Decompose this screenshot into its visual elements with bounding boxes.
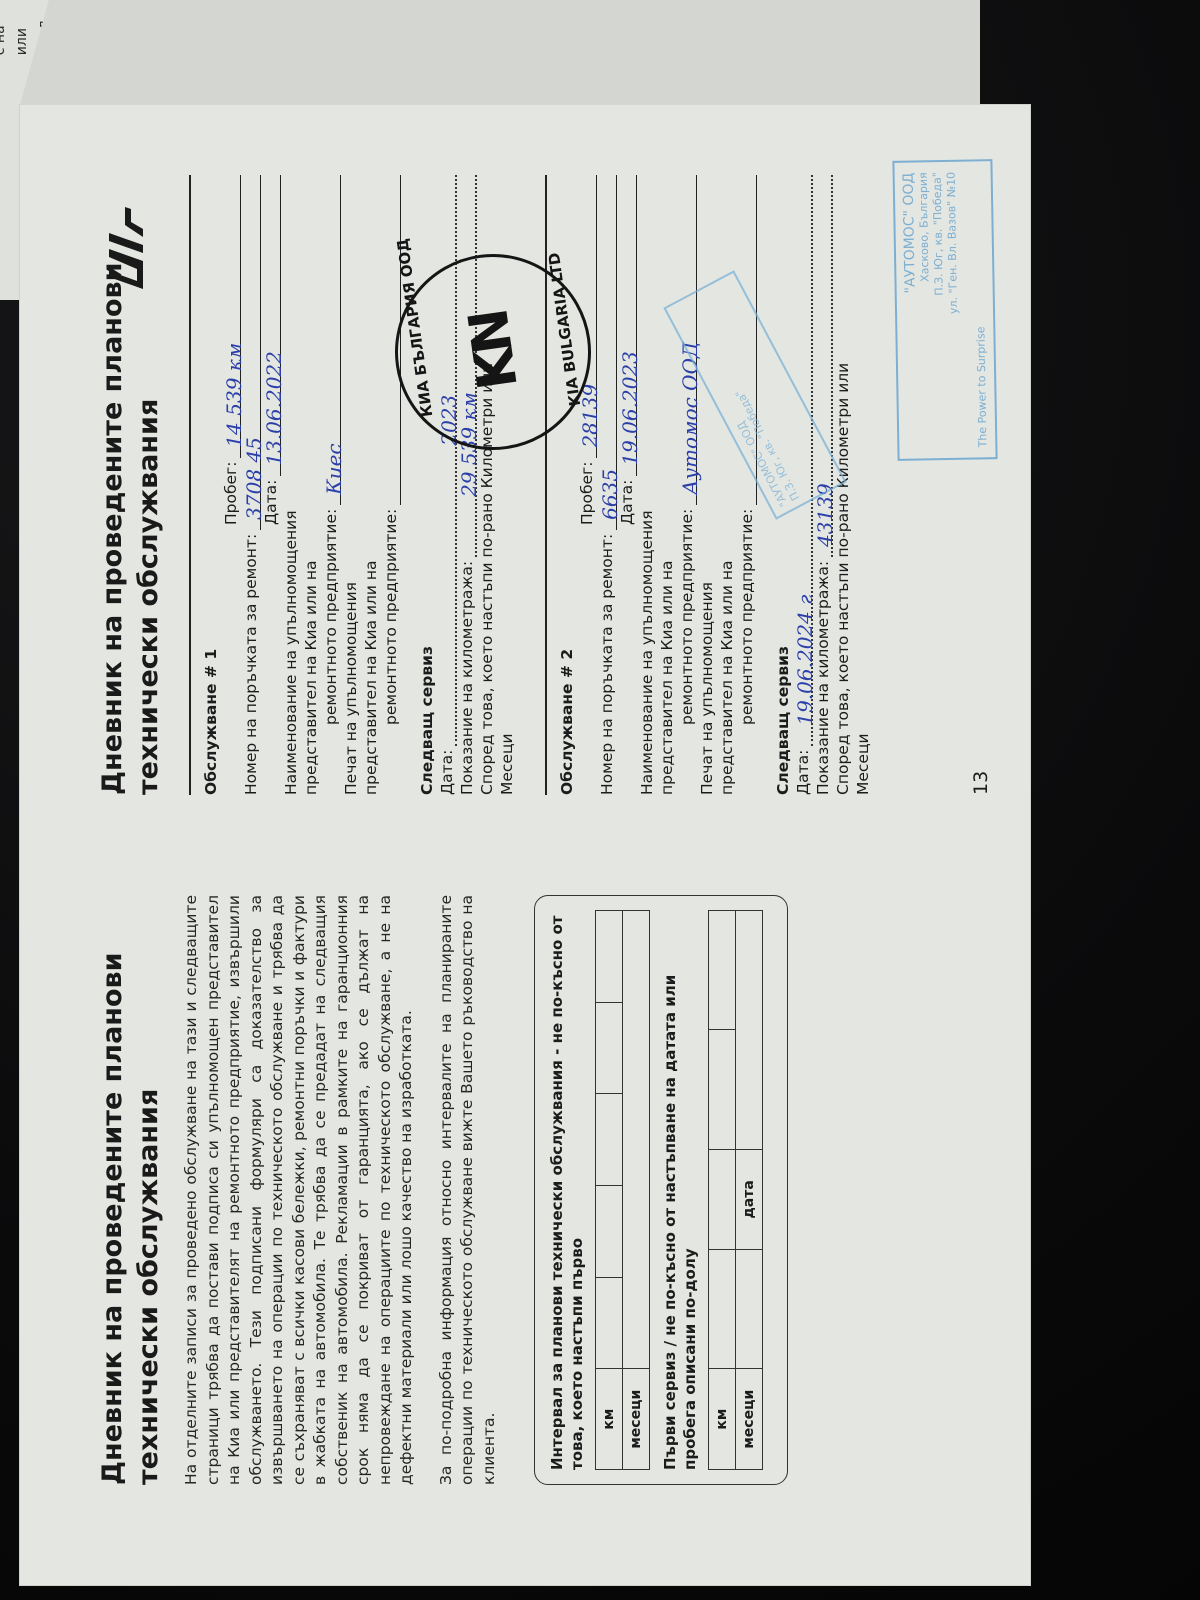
grid-cell[interactable] — [736, 1250, 763, 1369]
grid-cell[interactable] — [596, 911, 623, 1003]
date-field[interactable]: Дата: 19.06.2023 — [617, 175, 637, 795]
booklet-cover-flap — [20, 0, 980, 105]
grid-label-km: км — [596, 1369, 623, 1470]
grid-cell[interactable] — [709, 1030, 736, 1149]
mileage-field[interactable]: Пробег: 28139 — [577, 175, 597, 795]
left-page-title: Дневник на проведените планови техническ… — [95, 895, 167, 1485]
grid-cell[interactable] — [709, 1149, 736, 1250]
title-line-1: Дневник на проведените планови — [97, 262, 128, 795]
mileage-field[interactable]: Пробег: 14 539 км — [221, 175, 241, 795]
dealer-name-label-end: ремонтното предприятие: — [321, 509, 341, 725]
service-title: Обслужване # 1 — [201, 175, 221, 795]
first-service-grid: км месеци дата — [708, 910, 763, 1470]
dealer-name-label: Наименование на упълномощения представит… — [281, 175, 321, 795]
grid-cell[interactable] — [596, 1186, 623, 1278]
date-value: 13.06.2022 — [264, 351, 284, 466]
info-paragraph: За по-подробна информация относно интерв… — [436, 895, 501, 1485]
dealer-stamp-label: Печат на упълномощения представител на К… — [341, 175, 381, 795]
dealer-stamp: "АУТОМОС" ООД Хасково, България П.З. Юг,… — [892, 159, 997, 461]
dealer-name-signature: Киес — [324, 443, 344, 494]
months-label: Месеци — [853, 175, 873, 795]
stamp-tagline: The Power to Surprise — [974, 326, 989, 447]
dealer-stamp-field[interactable]: ремонтното предприятие: — [737, 175, 757, 795]
booklet-spread: Дневник на проведените планови техническ… — [65, 115, 1025, 1555]
next-service-title: Следващ сервиз — [417, 175, 437, 795]
title-line-2: технически обслужвания — [133, 1089, 164, 1485]
first-service-heading: Първи сервиз / не по-късно от настъпване… — [660, 910, 700, 1470]
grid-label-months: месеци — [736, 1369, 763, 1470]
grid-label-months: месеци — [623, 1369, 650, 1470]
service-booklet: Дневник на проведените планови техническ… — [20, 105, 1030, 1585]
title-line-2: технически обслужвания — [133, 399, 164, 795]
grid-cell[interactable] — [623, 911, 650, 1369]
kia-stamp-logo-icon: KN — [457, 310, 530, 393]
next-date-value: 19.06.2024 г — [795, 595, 815, 726]
dealer-name-label: Наименование на упълномощения представит… — [637, 175, 677, 795]
order-number-field[interactable]: Номер на поръчката за ремонт: 3708 45 — [241, 175, 261, 795]
service-interval-box: Интервал за планови технически обслужван… — [534, 895, 788, 1485]
page-number: 13 — [970, 771, 992, 795]
grid-cell[interactable] — [709, 1250, 736, 1369]
grid-cell[interactable] — [709, 911, 736, 1030]
kia-logo-icon — [103, 203, 149, 293]
dealer-name-field[interactable]: ремонтното предприятие: Аутомос ООД — [677, 175, 697, 795]
dealer-name-field[interactable]: ремонтното предприятие: Киес — [321, 175, 341, 795]
left-page: Дневник на проведените планови техническ… — [95, 895, 788, 1485]
order-number-field[interactable]: Номер на поръчката за ремонт: 6635 — [597, 175, 617, 795]
dealer-stamp-label: Печат на упълномощения представител на К… — [697, 175, 737, 795]
date-label: Дата: — [261, 480, 281, 525]
grid-cell[interactable] — [736, 911, 763, 1150]
grid-label-date: дата — [736, 1149, 763, 1250]
intro-paragraph: На отделните записи за проведено обслужв… — [181, 895, 418, 1485]
title-line-1: Дневник на проведените планови — [97, 952, 128, 1485]
grid-cell[interactable] — [596, 1094, 623, 1186]
date-field[interactable]: Дата: 13.06.2022 — [261, 175, 281, 795]
grid-cell[interactable] — [596, 1002, 623, 1094]
interval-grid: км месеци — [595, 910, 650, 1470]
grid-cell[interactable] — [596, 1277, 623, 1369]
mileage-label: Пробег: — [221, 462, 241, 525]
date-value: 19.06.2023 — [620, 351, 640, 466]
order-number-label: Номер на поръчката за ремонт: — [241, 534, 261, 795]
grid-label-km: км — [709, 1369, 736, 1470]
interval-heading: Интервал за планови технически обслужван… — [547, 910, 587, 1470]
